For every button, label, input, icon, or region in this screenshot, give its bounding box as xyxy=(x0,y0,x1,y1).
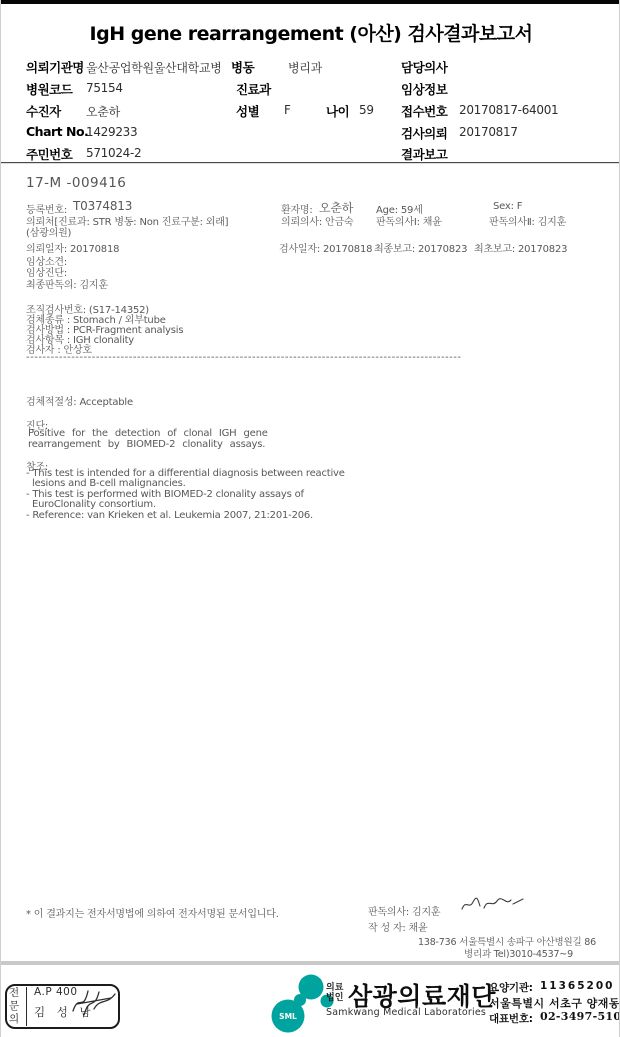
test-request-date-label: 검사의뢰 xyxy=(401,124,447,142)
dashed-divider: ----------------------------------------… xyxy=(26,352,462,363)
receipt-no-value: 20170817-64001 xyxy=(459,103,558,117)
requesting-org-label: 의뢰기관명 xyxy=(26,58,84,76)
lab-logo-icon: SML xyxy=(267,972,343,1034)
stamp-signature-icon xyxy=(65,983,119,1019)
reader-signature-icon xyxy=(459,895,525,915)
lab-org-type: 의료법인 xyxy=(326,983,346,1003)
reader1: 판독의사Ⅰ: 채윤 xyxy=(376,213,442,228)
clinical-info-label: 임상정보 xyxy=(401,80,447,98)
lab-phone-value: 02-3497-5100 xyxy=(540,1010,620,1023)
result-report-label: 결과보고 xyxy=(401,145,447,163)
top-border-bar xyxy=(1,0,620,4)
diagnosis-line1: Positive for the detection of clonal IGH… xyxy=(28,428,268,439)
receipt-no-label: 접수번호 xyxy=(401,102,447,120)
registration-no-value: T0374813 xyxy=(73,199,132,213)
note-line-2: lesions and B-cell malignancies. xyxy=(32,478,186,489)
case-sex: Sex: F xyxy=(493,201,522,212)
attending-doctor-label: 담당의사 xyxy=(401,58,447,76)
resident-id-value: 571024-2 xyxy=(86,146,141,160)
lab-phone-label: 대표번호: xyxy=(489,1011,533,1026)
final-reader: 최종판독의: 김지훈 xyxy=(26,276,108,291)
sex-value: F xyxy=(284,103,291,117)
lab-report-page: IgH gene rearrangement (아산) 검사결과보고서 의뢰기관… xyxy=(0,0,620,1037)
ward-value: 병리과 xyxy=(288,59,322,76)
requesting-org-value: 울산공업학원울산대학교병 xyxy=(86,59,222,76)
signoff-address2: 병리과 Tel)3010-4537~9 xyxy=(464,946,573,960)
care-org-value: 11365200 xyxy=(540,980,614,992)
chart-no-label: Chart No. xyxy=(26,124,88,139)
hospital-code-label: 병원코드 xyxy=(26,80,72,98)
dept-label: 진료과 xyxy=(236,80,271,98)
final-report-date: 최종보고: 20170823 xyxy=(374,240,467,255)
signoff-reader: 판독의사: 김지훈 xyxy=(368,903,440,918)
footer-divider-band xyxy=(1,961,620,965)
first-report-date: 최초보고: 20170823 xyxy=(474,240,567,255)
exam-date: 검사일자: 20170818 xyxy=(279,240,372,255)
resident-id-label: 주민번호 xyxy=(26,145,72,163)
age-label: 나이 xyxy=(326,102,349,120)
chart-no-value: 1429233 xyxy=(86,125,137,139)
ward-label: 병동 xyxy=(231,58,254,76)
patient-label: 수진자 xyxy=(26,102,61,120)
hospital-code-value: 75154 xyxy=(86,81,123,95)
reader2: 판독의사Ⅱ: 김지훈 xyxy=(489,213,566,228)
lab-address: 서울특별시 서초구 양재동 9- xyxy=(489,995,620,1011)
case-number: 17-M -009416 xyxy=(26,175,126,191)
age-value: 59 xyxy=(359,103,374,117)
lab-logo-text: SML xyxy=(279,1012,297,1021)
note-line-5: - Reference: van Krieken et al. Leukemia… xyxy=(26,510,313,521)
stamp-separator-line xyxy=(26,987,27,1026)
note-line-4: EuroClonality consortium. xyxy=(32,499,156,510)
header-divider-line xyxy=(1,162,620,164)
lab-name-english: Samkwang Medical Laboratories xyxy=(326,1007,486,1018)
test-request-date-value: 20170817 xyxy=(459,125,518,139)
sex-label: 성별 xyxy=(236,102,259,120)
esign-note: * 이 결과지는 전자서명법에 의하여 전자서명된 문서입니다. xyxy=(26,905,279,920)
request-doctor: 의뢰의사: 안금숙 xyxy=(281,213,353,228)
page-title: IgH gene rearrangement (아산) 검사결과보고서 xyxy=(1,19,620,46)
request-org-sub: (삼광의원) xyxy=(26,224,71,239)
patient-value: 오춘하 xyxy=(86,103,120,120)
signoff-writer: 작 성 자: 채윤 xyxy=(368,919,427,934)
stamp-vertical-label: 전문의 xyxy=(9,987,22,1026)
diagnosis-line2: rearrangement by BIOMED-2 clonality assa… xyxy=(28,439,265,450)
specimen-adequacy: 검체적절성: Acceptable xyxy=(26,393,133,408)
care-org-label: 요양기관: xyxy=(489,980,533,995)
